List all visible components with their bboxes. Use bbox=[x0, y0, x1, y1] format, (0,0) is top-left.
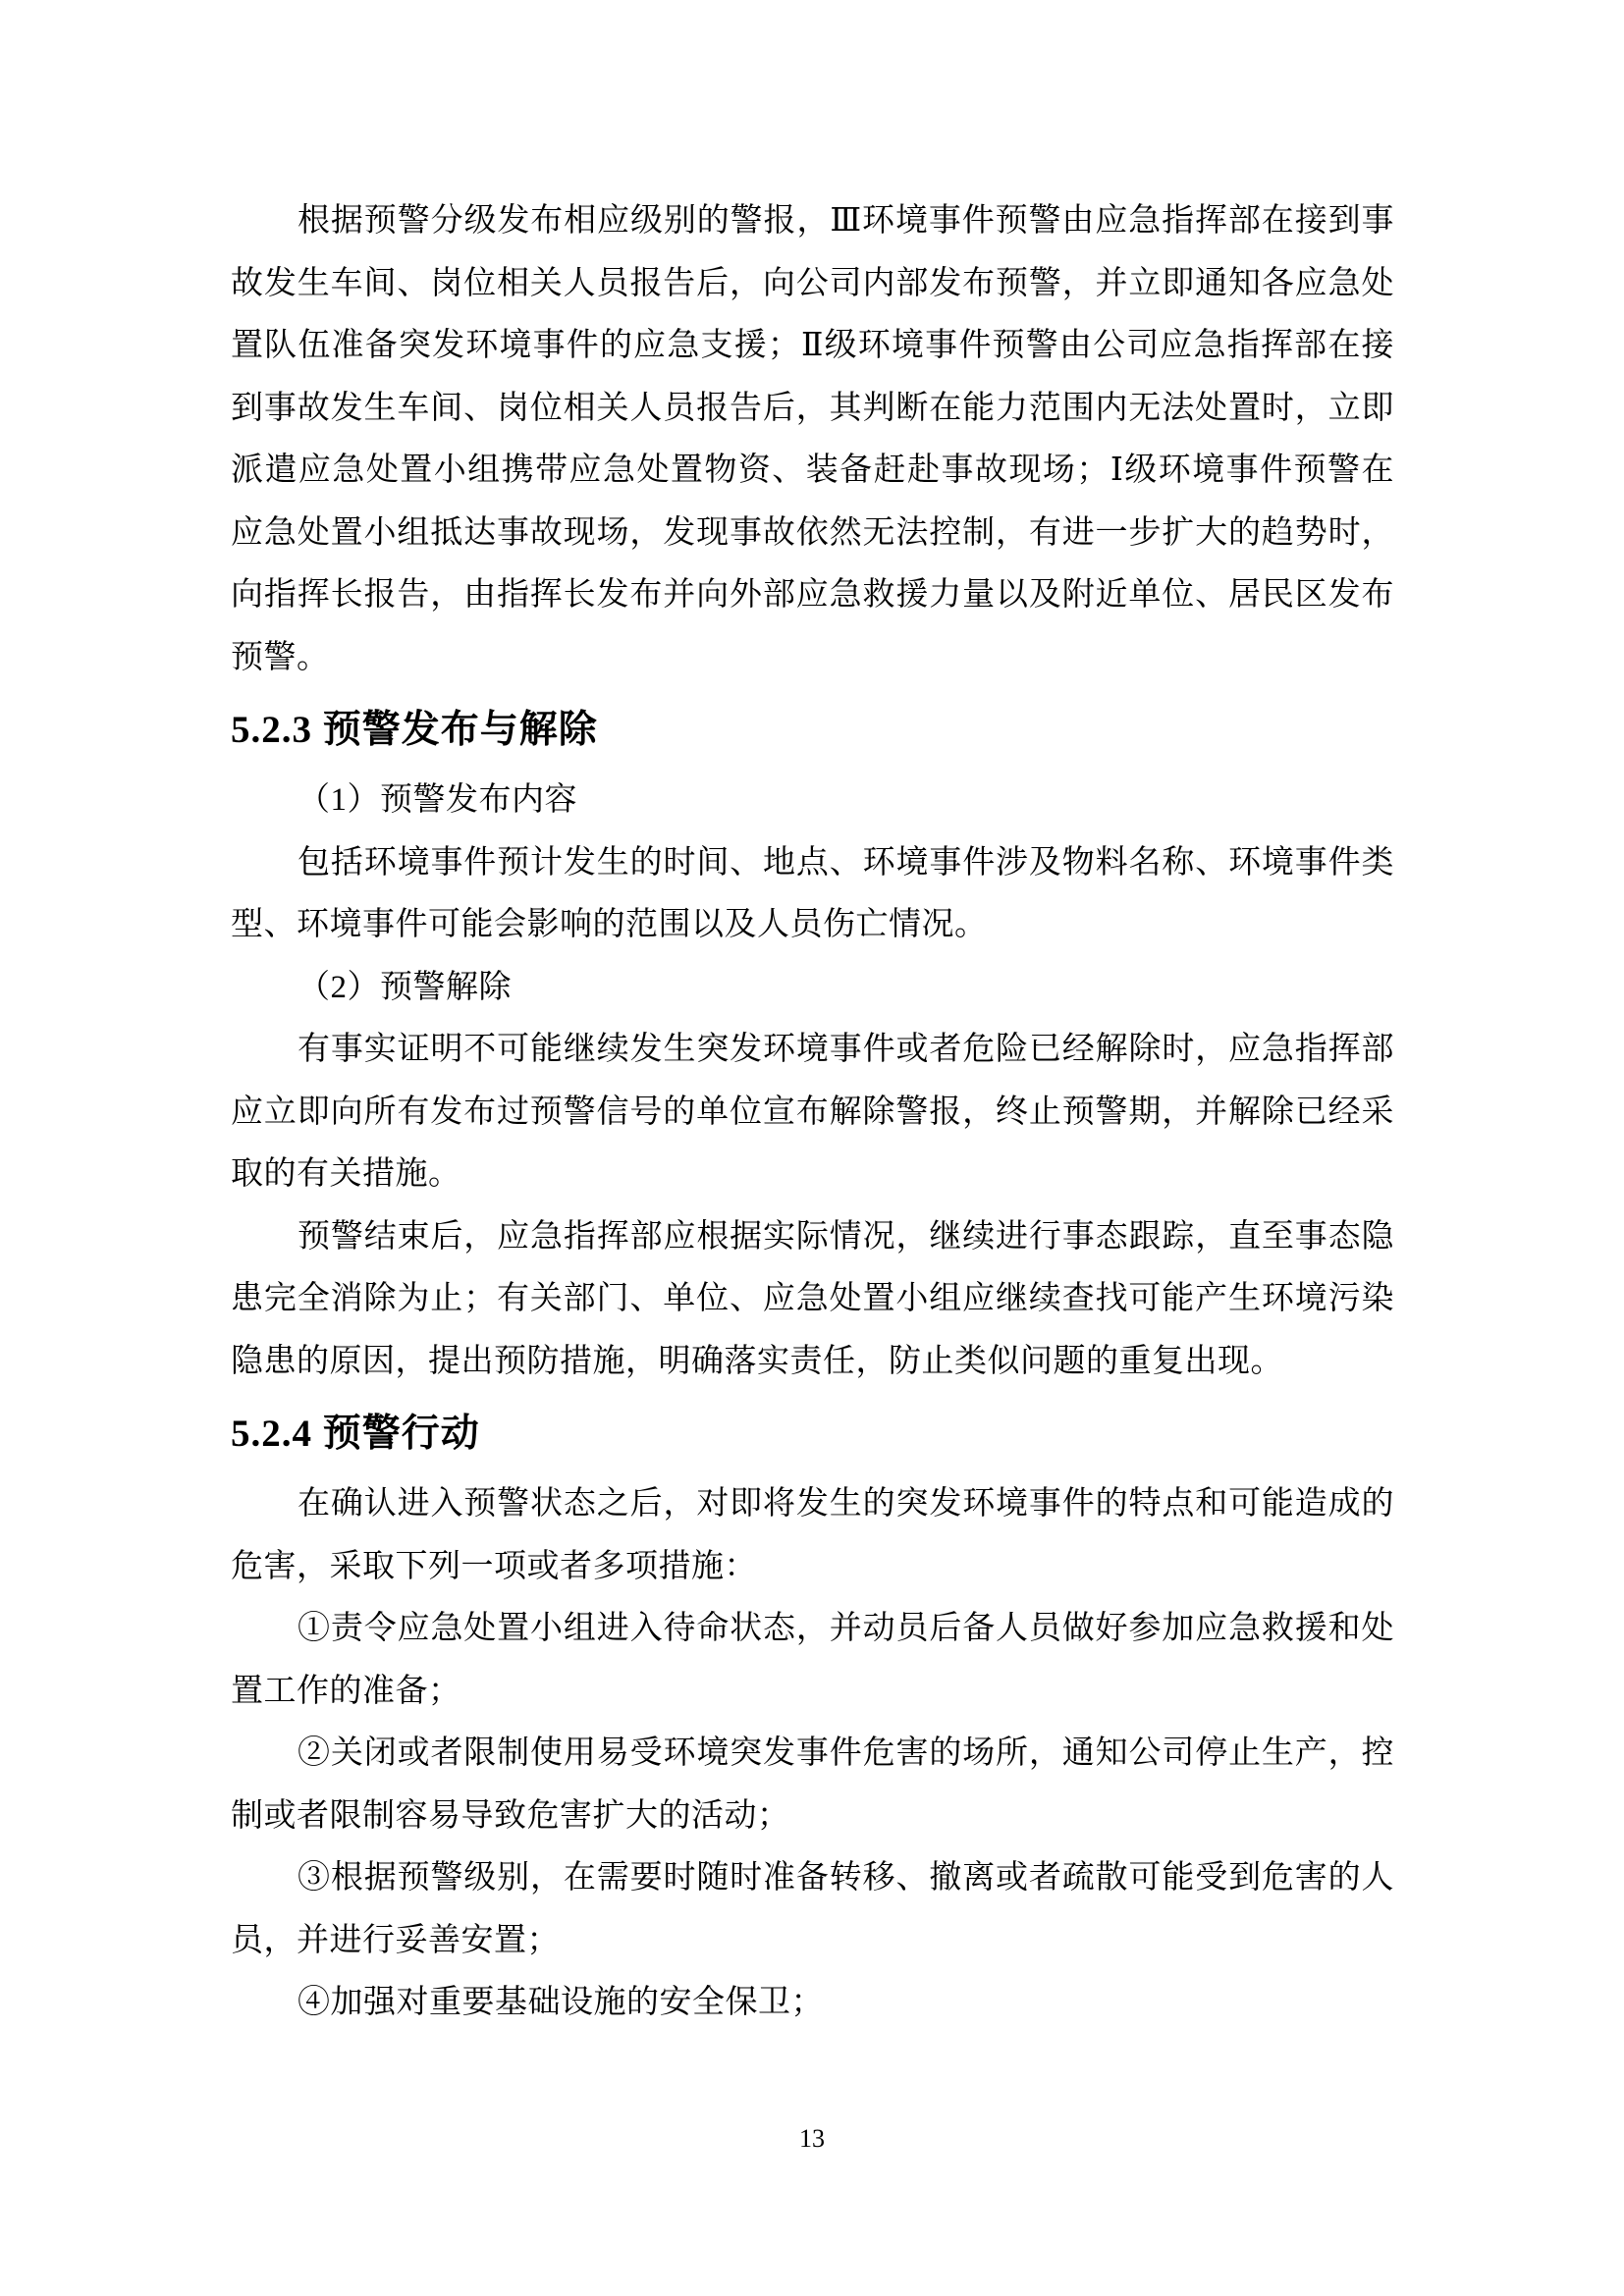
paragraph-line: ②关闭或者限制使用易受环境突发事件危害的场所，通知公司停止生产，控 bbox=[231, 1723, 1394, 1786]
text-block: 根据预警分级发布相应级别的警报，Ⅲ环境事件预警由应急指挥部在接到事 故发生车间、… bbox=[231, 190, 1394, 2035]
paragraph-line: 应立即向所有发布过预警信号的单位宣布解除警报，终止预警期，并解除已经采 bbox=[231, 1082, 1394, 1145]
paragraph-line: （1）预警发布内容 bbox=[231, 770, 1394, 832]
section-heading-5-2-4: 5.2.4 预警行动 bbox=[231, 1403, 1394, 1466]
paragraph-line: 向指挥长报告，由指挥长发布并向外部应急救援力量以及附近单位、居民区发布 bbox=[231, 564, 1394, 627]
paragraph-line: 危害，采取下列一项或者多项措施： bbox=[231, 1536, 1394, 1599]
paragraph-line: 故发生车间、岗位相关人员报告后，向公司内部发布预警，并立即通知各应急处 bbox=[231, 253, 1394, 316]
paragraph-line: 应急处置小组抵达事故现场，发现事故依然无法控制，有进一步扩大的趋势时， bbox=[231, 503, 1394, 565]
paragraph-line: 预警结束后，应急指挥部应根据实际情况，继续进行事态跟踪，直至事态隐 bbox=[231, 1206, 1394, 1269]
paragraph-line: 隐患的原因，提出预防措施，明确落实责任，防止类似问题的重复出现。 bbox=[231, 1331, 1394, 1394]
paragraph-line: 到事故发生车间、岗位相关人员报告后，其判断在能力范围内无法处置时，立即 bbox=[231, 378, 1394, 441]
paragraph-line: 包括环境事件预计发生的时间、地点、环境事件涉及物料名称、环境事件类 bbox=[231, 832, 1394, 895]
paragraph-line: 在确认进入预警状态之后，对即将发生的突发环境事件的特点和可能造成的 bbox=[231, 1473, 1394, 1536]
section-heading-5-2-3: 5.2.3 预警发布与解除 bbox=[231, 699, 1394, 762]
paragraph-line: 置工作的准备； bbox=[231, 1661, 1394, 1724]
paragraph-line: ①责令应急处置小组进入待命状态，并动员后备人员做好参加应急救援和处 bbox=[231, 1598, 1394, 1661]
paragraph-line: 制或者限制容易导致危害扩大的活动； bbox=[231, 1786, 1394, 1848]
paragraph-line: 置队伍准备突发环境事件的应急支援；Ⅱ级环境事件预警由公司应急指挥部在接 bbox=[231, 315, 1394, 378]
paragraph-line: 有事实证明不可能继续发生突发环境事件或者危险已经解除时，应急指挥部 bbox=[231, 1019, 1394, 1082]
paragraph-line: 型、环境事件可能会影响的范围以及人员伤亡情况。 bbox=[231, 894, 1394, 957]
paragraph-line: ③根据预警级别，在需要时随时准备转移、撤离或者疏散可能受到危害的人 bbox=[231, 1847, 1394, 1910]
page-number: 13 bbox=[0, 2124, 1624, 2154]
paragraph-line: 员，并进行妥善安置； bbox=[231, 1910, 1394, 1973]
paragraph-line: 根据预警分级发布相应级别的警报，Ⅲ环境事件预警由应急指挥部在接到事 bbox=[231, 190, 1394, 253]
paragraph-line: 预警。 bbox=[231, 627, 1394, 690]
paragraph-line: 取的有关措施。 bbox=[231, 1144, 1394, 1206]
paragraph-line: （2）预警解除 bbox=[231, 957, 1394, 1020]
document-page: 根据预警分级发布相应级别的警报，Ⅲ环境事件预警由应急指挥部在接到事 故发生车间、… bbox=[0, 0, 1624, 2296]
paragraph-line: 派遣应急处置小组携带应急处置物资、装备赶赴事故现场；Ⅰ级环境事件预警在 bbox=[231, 440, 1394, 503]
paragraph-line: 患完全消除为止；有关部门、单位、应急处置小组应继续查找可能产生环境污染 bbox=[231, 1268, 1394, 1331]
paragraph-line: ④加强对重要基础设施的安全保卫； bbox=[231, 1972, 1394, 2035]
